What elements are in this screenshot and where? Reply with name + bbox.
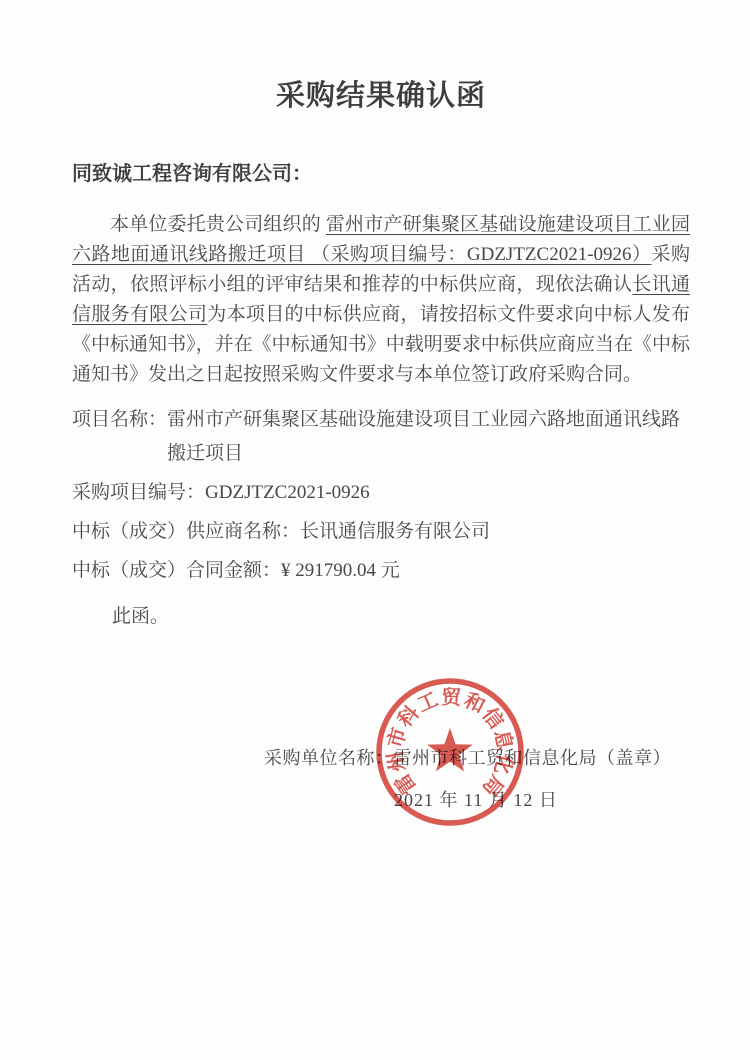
closing-line: 此函。 — [72, 602, 690, 632]
detail-row-project-name: 项目名称： 雷州市产研集聚区基础设施建设项目工业园六路地面通讯线路搬迁项目 — [72, 403, 690, 471]
official-stamp: 雷州市科工贸和信息化局 — [372, 674, 528, 830]
addressee-line: 同致诚工程咨询有限公司： — [72, 161, 690, 187]
detail-value: 长讯通信服务有限公司 — [300, 515, 690, 549]
detail-value: ¥ 291790.04 元 — [281, 554, 690, 588]
detail-row-contract-amount: 中标（成交）合同金额： ¥ 291790.04 元 — [72, 554, 690, 588]
body-paragraph: 本单位委托贵公司组织的 雷州市产研集聚区基础设施建设项目工业园六路地面通讯线路搬… — [72, 210, 690, 390]
detail-value: 雷州市产研集聚区基础设施建设项目工业园六路地面通讯线路搬迁项目 — [167, 403, 690, 471]
detail-label: 采购项目编号： — [72, 476, 205, 510]
detail-label: 项目名称： — [72, 403, 167, 471]
detail-label: 中标（成交）供应商名称： — [72, 515, 300, 549]
detail-row-project-number: 采购项目编号： GDZJTZC2021-0926 — [72, 476, 690, 510]
detail-row-supplier: 中标（成交）供应商名称： 长讯通信服务有限公司 — [72, 515, 690, 549]
detail-label: 中标（成交）合同金额： — [72, 554, 281, 588]
official-stamp-svg: 雷州市科工贸和信息化局 — [372, 674, 528, 830]
detail-value: GDZJTZC2021-0926 — [205, 476, 690, 510]
scanned-letter-page: 采购结果确认函 同致诚工程咨询有限公司： 本单位委托贵公司组织的 雷州市产研集聚… — [0, 0, 750, 1060]
seal-star-icon — [427, 728, 473, 771]
plain-text: 本单位委托贵公司组织的 — [110, 214, 326, 235]
detail-list: 项目名称： 雷州市产研集聚区基础设施建设项目工业园六路地面通讯线路搬迁项目 采购… — [72, 403, 690, 588]
letter-title: 采购结果确认函 — [72, 78, 690, 114]
